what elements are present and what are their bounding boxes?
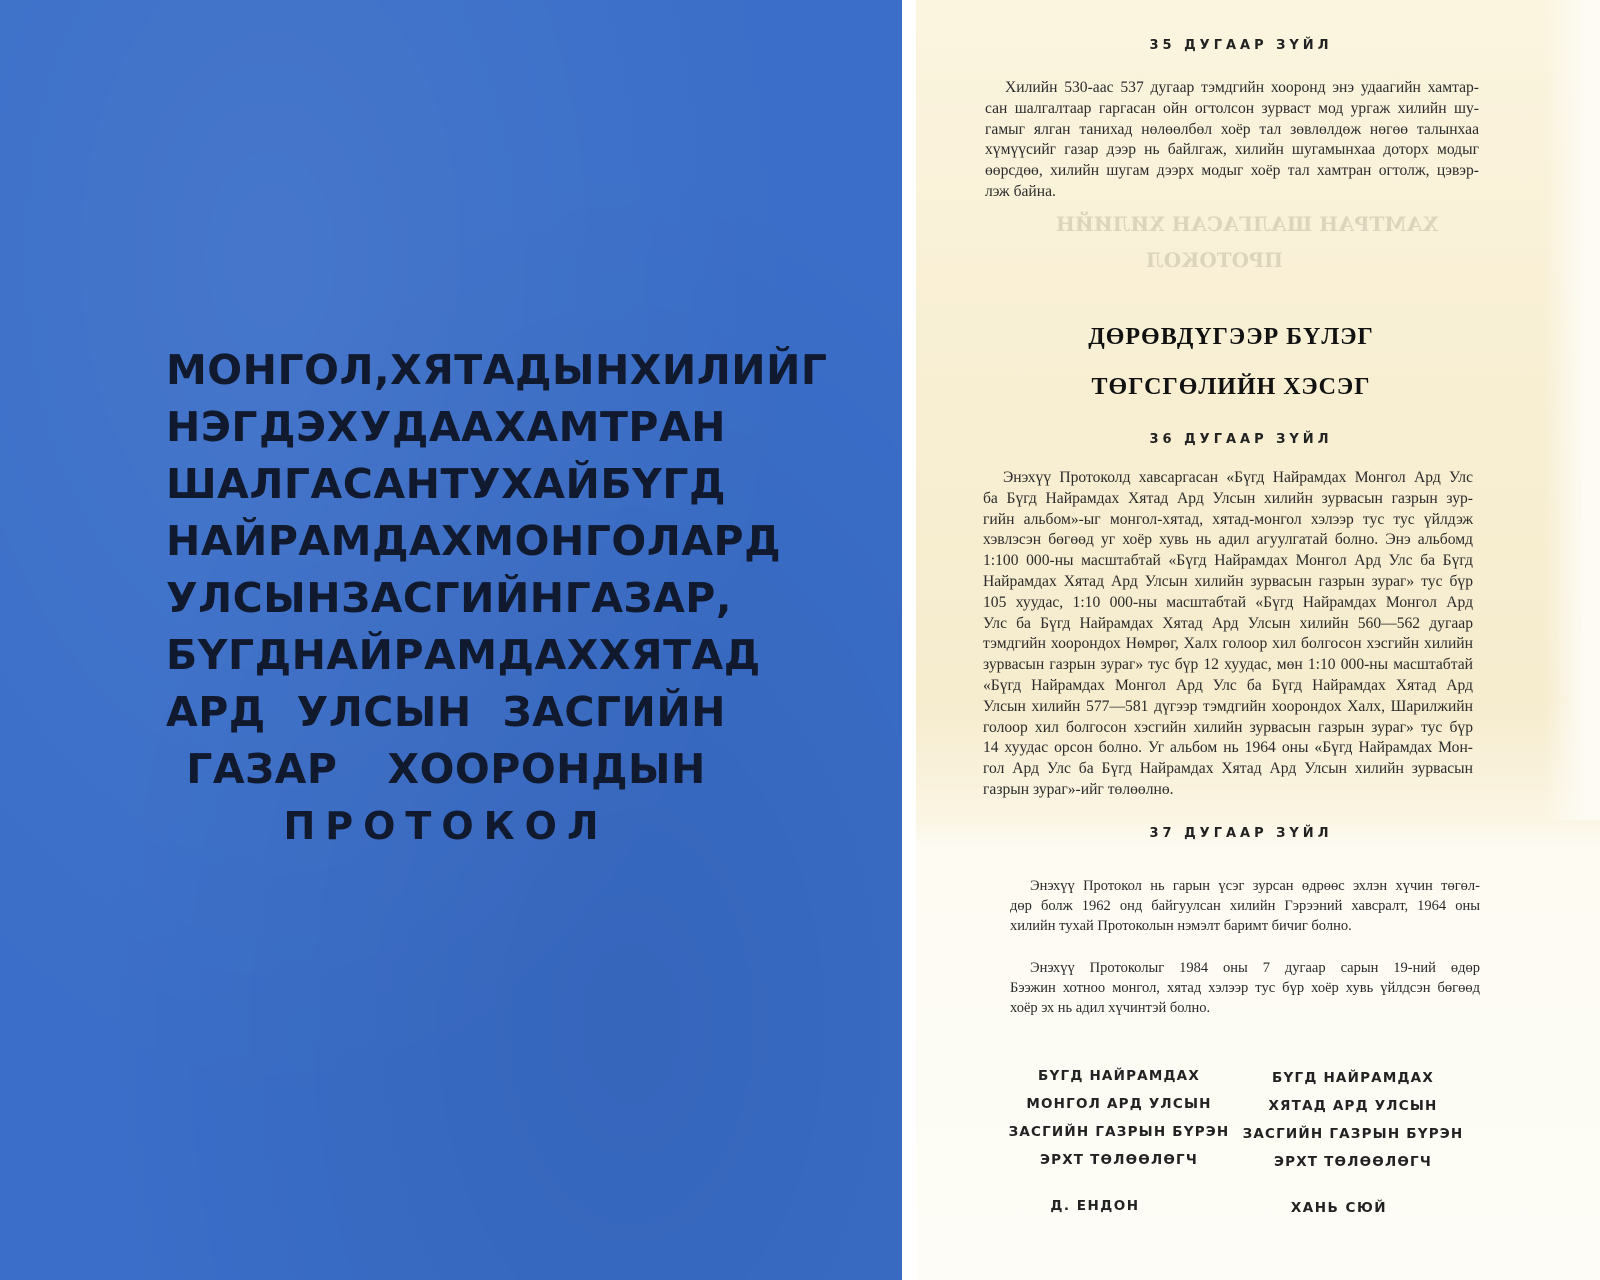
cover-title-word: ПРОТОКОЛ — [283, 798, 608, 855]
text-line: Энэхүү Протокол нь гарын үсэг зурсан өдр… — [1010, 876, 1480, 896]
text-line: хүмүүсийг газар дээр нь байлгаж, хилийн … — [985, 140, 1479, 161]
text-line: Улсын хилийн 577—581 дүгээр тэмдгийн хоо… — [983, 697, 1473, 718]
signature-line: ХЯТАД АРД УЛСЫН — [1238, 1092, 1468, 1120]
article-37-paragraph-2: Энэхүү Протоколыг 1984 оны 7 дугаар сары… — [1010, 958, 1480, 1018]
text-line: Бээжин хотноо монгол, хятад хэлээр тус б… — [1010, 978, 1480, 998]
article-35-heading: 35 ДУГААР ЗҮЙЛ — [916, 38, 1566, 53]
cover-title-word: ДЭХ — [259, 399, 359, 456]
text-line: өөрсдөө, хилийн шугам дээрх модыг хоёр т… — [985, 161, 1479, 182]
text-line: зурвасын газрын зураг» тус бүр 12 хуудас… — [983, 655, 1473, 676]
cover-title-word: УЛСЫН — [297, 684, 472, 741]
cover-title-word: ХООРОНДЫН — [387, 741, 705, 798]
cover-title-word: ХЯТАДЫН — [390, 342, 630, 399]
cover-title-word: МОНГОЛ — [473, 513, 681, 570]
signature-line: ЭРХТ ТӨЛӨӨЛӨГЧ — [1238, 1148, 1468, 1176]
cover-title-word: УЛСЫН — [166, 570, 341, 627]
signer-name-china: ХАНЬ СЮЙ — [1224, 1200, 1454, 1216]
text-line: гамыг ялган танихад нөлөөлбөл хоёр тал з… — [985, 120, 1479, 141]
text-line: 1:100 000-ны масштабтай «Бүгд Найрамдах … — [983, 551, 1473, 572]
cover-title-word: ХЯТАД — [599, 627, 761, 684]
cover-title-word: ЗАСГИЙН — [341, 570, 565, 627]
signature-line: МОНГОЛ АРД УЛСЫН — [1004, 1090, 1234, 1118]
cover-title-word: БҮГД — [166, 627, 292, 684]
cover-title-line: ПРОТОКОЛ — [166, 798, 726, 855]
text-line: дөр болж 1962 онд байгуулсан хилийн Гэрэ… — [1010, 896, 1480, 916]
text-line: лэж байна. — [985, 182, 1479, 203]
text-line: хилийн тухай Протоколын нэмэлт баримт би… — [1010, 916, 1480, 936]
signer-name-mongolia: Д. ЕНДОН — [980, 1198, 1210, 1214]
chapter-subtitle: ТӨГСГӨЛИЙН ХЭСЭГ — [916, 374, 1546, 401]
signature-line: БҮГД НАЙРАМДАХ — [1004, 1062, 1234, 1090]
cover-title: МОНГОЛ,ХЯТАДЫНХИЛИЙГНЭГДЭХУДААХАМТРАНШАЛ… — [166, 342, 726, 855]
text-line: ба Бүгд Найрамдах Хятад Ард Улсын хилийн… — [983, 489, 1473, 510]
article-36-text: Энэхүү Протоколд хавсаргасан «Бүгд Найра… — [983, 468, 1473, 801]
text-line: «Бүгд Найрамдах Монгол Ард Улс ба Бүгд Н… — [983, 676, 1473, 697]
cover-title-word: БҮГД — [600, 456, 726, 513]
cover-title-word: ГАЗАР, — [565, 570, 732, 627]
text-line: хоёр эх нь адил хүчинтэй болно. — [1010, 998, 1480, 1018]
cover-title-word: НАЙРАМДАХ — [292, 627, 599, 684]
article-35-text: Хилийн 530-аас 537 дугаар тэмдгийн хооро… — [985, 78, 1479, 203]
text-line: гол Ард Улс ба Бүгд Найрамдах Хятад Ард … — [983, 759, 1473, 780]
cover-title-word: АРД — [166, 684, 266, 741]
signature-block-china: БҮГД НАЙРАМДАХХЯТАД АРД УЛСЫНЗАСГИЙН ГАЗ… — [1238, 1064, 1468, 1176]
cover-title-line: ШАЛГАСАНТУХАЙБҮГД — [166, 456, 726, 513]
cover-title-word: УДАА — [360, 399, 494, 456]
text-line: хэвлэсэн бөгөөд уг хоёр хувь нь адил агу… — [983, 530, 1473, 551]
cover-page: МОНГОЛ,ХЯТАДЫНХИЛИЙГНЭГДЭХУДААХАМТРАНШАЛ… — [0, 0, 902, 1280]
text-line: 105 хуудас, 1:10 000-ны масштабтай «Бүгд… — [983, 593, 1473, 614]
article-36-heading: 36 ДУГААР ЗҮЙЛ — [916, 432, 1566, 447]
article-37-heading: 37 ДУГААР ЗҮЙЛ — [916, 826, 1566, 841]
text-line: тэмдгийн хоорондох Нөмрөг, Халх голоор х… — [983, 634, 1473, 655]
cover-title-word: АРД — [681, 513, 781, 570]
text-line: Хилийн 530-аас 537 дугаар тэмдгийн хооро… — [985, 78, 1479, 99]
cover-title-word: ТУХАЙ — [441, 456, 601, 513]
cover-title-line: НАЙРАМДАХМОНГОЛАРД — [166, 513, 726, 570]
cover-title-line: БҮГДНАЙРАМДАХХЯТАД — [166, 627, 726, 684]
cover-title-word: НЭГ — [166, 399, 258, 456]
text-line: голоор хил болгосон хэсгийн хилийн зурва… — [983, 718, 1473, 739]
text-line: газрын зураг»-ийг төлөөлнө. — [983, 780, 1473, 801]
text-line: Найрамдах Хятад Ард Улсын хилийн зурвасы… — [983, 572, 1473, 593]
cover-title-word: ХАМТРАН — [494, 399, 726, 456]
text-line: гийн альбом»-ыг монгол-хятад, хятад-монг… — [983, 510, 1473, 531]
bleed-through-text: ХАМТРАН ШАЛГАСАН ХИЛИЙН — [1056, 212, 1438, 236]
cover-title-word: МОНГОЛ, — [166, 342, 390, 399]
text-line: 14 хуудас орсон болно. Уг альбом нь 1964… — [983, 738, 1473, 759]
signature-line: ЗАСГИЙН ГАЗРЫН БҮРЭН — [1004, 1118, 1234, 1146]
signature-line: ЗАСГИЙН ГАЗРЫН БҮРЭН — [1238, 1120, 1468, 1148]
cover-title-word: ХИЛИЙГ — [630, 342, 828, 399]
cover-title-line: УЛСЫНЗАСГИЙНГАЗАР, — [166, 570, 726, 627]
cover-title-line: ГАЗАРХООРОНДЫН — [166, 741, 726, 798]
chapter-title: ДӨРӨВДҮГЭЭР БҮЛЭГ — [916, 324, 1546, 351]
cover-title-word: ГАЗАР — [186, 741, 337, 798]
signature-line: БҮГД НАЙРАМДАХ — [1238, 1064, 1468, 1092]
cover-title-line: МОНГОЛ,ХЯТАДЫНХИЛИЙГ — [166, 342, 726, 399]
cover-title-word: НАЙРАМДАХ — [166, 513, 473, 570]
signature-block-mongolia: БҮГД НАЙРАМДАХМОНГОЛ АРД УЛСЫНЗАСГИЙН ГА… — [1004, 1062, 1234, 1174]
cover-title-word: ЗАСГИЙН — [502, 684, 726, 741]
article-37-paragraph-1: Энэхүү Протокол нь гарын үсэг зурсан өдр… — [1010, 876, 1480, 936]
cover-title-line: АРДУЛСЫНЗАСГИЙН — [166, 684, 726, 741]
text-line: Энэхүү Протоколыг 1984 оны 7 дугаар сары… — [1010, 958, 1480, 978]
text-line: Улс ба Бүгд Найрамдах Хятад Ард Улсын хи… — [983, 614, 1473, 635]
cover-title-line: НЭГДЭХУДААХАМТРАН — [166, 399, 726, 456]
bleed-through-text: ПРОТОКОЛ — [1146, 248, 1283, 272]
text-line: Энэхүү Протоколд хавсаргасан «Бүгд Найра… — [983, 468, 1473, 489]
cover-title-word: ШАЛГАСАН — [166, 456, 440, 513]
document-page: ХАМТРАН ШАЛГАСАН ХИЛИЙН ПРОТОКОЛ 35 ДУГА… — [916, 0, 1600, 1280]
page-edge — [1544, 0, 1600, 820]
signature-line: ЭРХТ ТӨЛӨӨЛӨГЧ — [1004, 1146, 1234, 1174]
text-line: сан шалгалтаар гаргасан ойн огтолсон зур… — [985, 99, 1479, 120]
